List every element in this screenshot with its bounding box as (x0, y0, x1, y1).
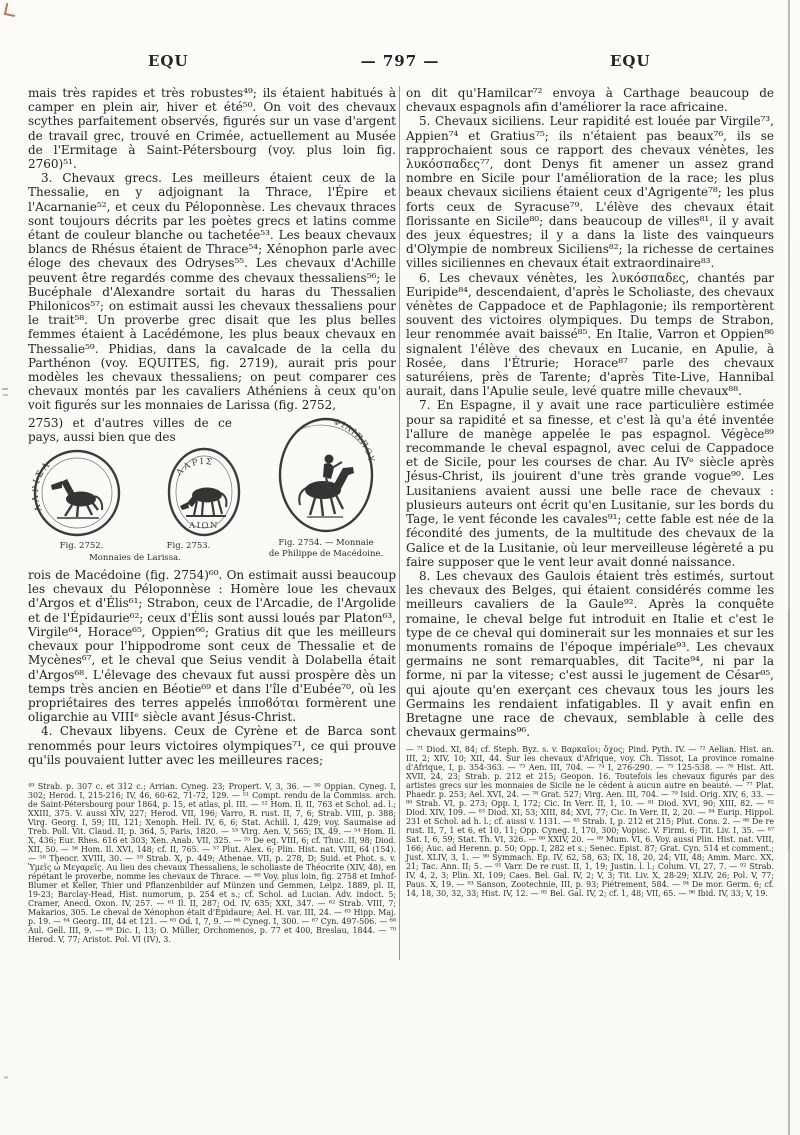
svg-text:ΦΙΛΙΠΠΟΥ: ΦΙΛΙΠΠΟΥ (332, 417, 375, 464)
left-column: mais très rapides et très robustes⁴⁹; il… (28, 86, 396, 944)
footnotes-left-column: ⁴⁹ Strab. p. 307 c. et 312 c.; Arrian. C… (28, 782, 396, 944)
scan-artifact-top-left (4, 3, 17, 17)
fig-2752-caption: Fig. 2752. (28, 541, 135, 552)
paragraph-3-continued-macedon: rois de Macédoine (fig. 2754)⁶⁰. On esti… (28, 568, 396, 724)
paragraph-5-sicilian-horses: 5. Chevaux siciliens. Leur rapidité est … (406, 114, 774, 270)
paragraph-6-venetian-horses: 6. Les chevaux vénètes, les λυκόσπαδες, … (406, 271, 774, 399)
paragraph-scythian-horses: mais très rapides et très robustes⁴⁹; il… (28, 86, 396, 171)
fig-2754-caption-line1: Fig. 2754. — Monnaie (256, 538, 396, 549)
fig-2754-caption-line2: de Philippe de Macédoine. (256, 549, 396, 560)
larissa-coins-group: 2753) et d'autres villes de ce pays, aus… (28, 416, 256, 564)
running-head-keyword-right: EQU (610, 52, 651, 70)
paragraph-4-libyan-horses: 4. Chevaux libyens. Ceux de Cyrène et de… (28, 724, 396, 767)
coin-larissa-standing-horse-icon: ΛΑΡΙΣ ΑΙΩΝ (166, 446, 242, 538)
svg-text:ΑΙΩΝ: ΑΙΩΝ (188, 521, 219, 531)
coin-figures-block: 2753) et d'autres villes de ce pays, aus… (28, 416, 396, 564)
running-head: EQU — 797 — EQU (0, 52, 800, 72)
footnotes-right-column: — ⁷¹ Diod. XI, 84; cf. Steph. Byz. s. v.… (406, 745, 774, 898)
scan-artifact-left-edge (3, 394, 8, 396)
paragraph-3-greek-horses: 3. Chevaux grecs. Les meilleurs étaient … (28, 171, 396, 412)
scan-artifact-left-edge (2, 388, 8, 390)
coin-larissa-galloping-horse-icon: ΛΑΡΙΣΑ (32, 448, 122, 538)
right-column: on dit qu'Hamilcar⁷² envoya à Carthage b… (406, 86, 774, 944)
fig-2753-caption: Fig. 2753. (135, 541, 242, 552)
text-columns: mais très rapides et très robustes⁴⁹; il… (28, 86, 774, 944)
coin-philip-horseman-icon: ΦΙΛΙΠΠΟΥ (277, 416, 375, 534)
philip-coin-group: ΦΙΛΙΠΠΟΥ (256, 416, 396, 560)
page-number: — 797 — (0, 52, 800, 70)
paragraph-7-spanish-horses: 7. En Espagne, il y avait une race parti… (406, 398, 774, 568)
paragraph-8-gaulish-horses: 8. Les chevaux des Gaulois étaient très … (406, 569, 774, 739)
scanned-book-page: EQU — 797 — EQU mais très rapides et trè… (0, 0, 800, 1135)
paragraph-4-continued-hamilcar: on dit qu'Hamilcar⁷² envoya à Carthage b… (406, 86, 774, 114)
page-edge-shadow (788, 0, 790, 1135)
larissa-coins-shared-caption: Monnaies de Larissa. (28, 553, 242, 564)
wrapped-text-beside-figure: 2753) et d'autres villes de ce pays, aus… (28, 416, 232, 444)
scan-artifact-bottom-left (4, 1076, 8, 1079)
